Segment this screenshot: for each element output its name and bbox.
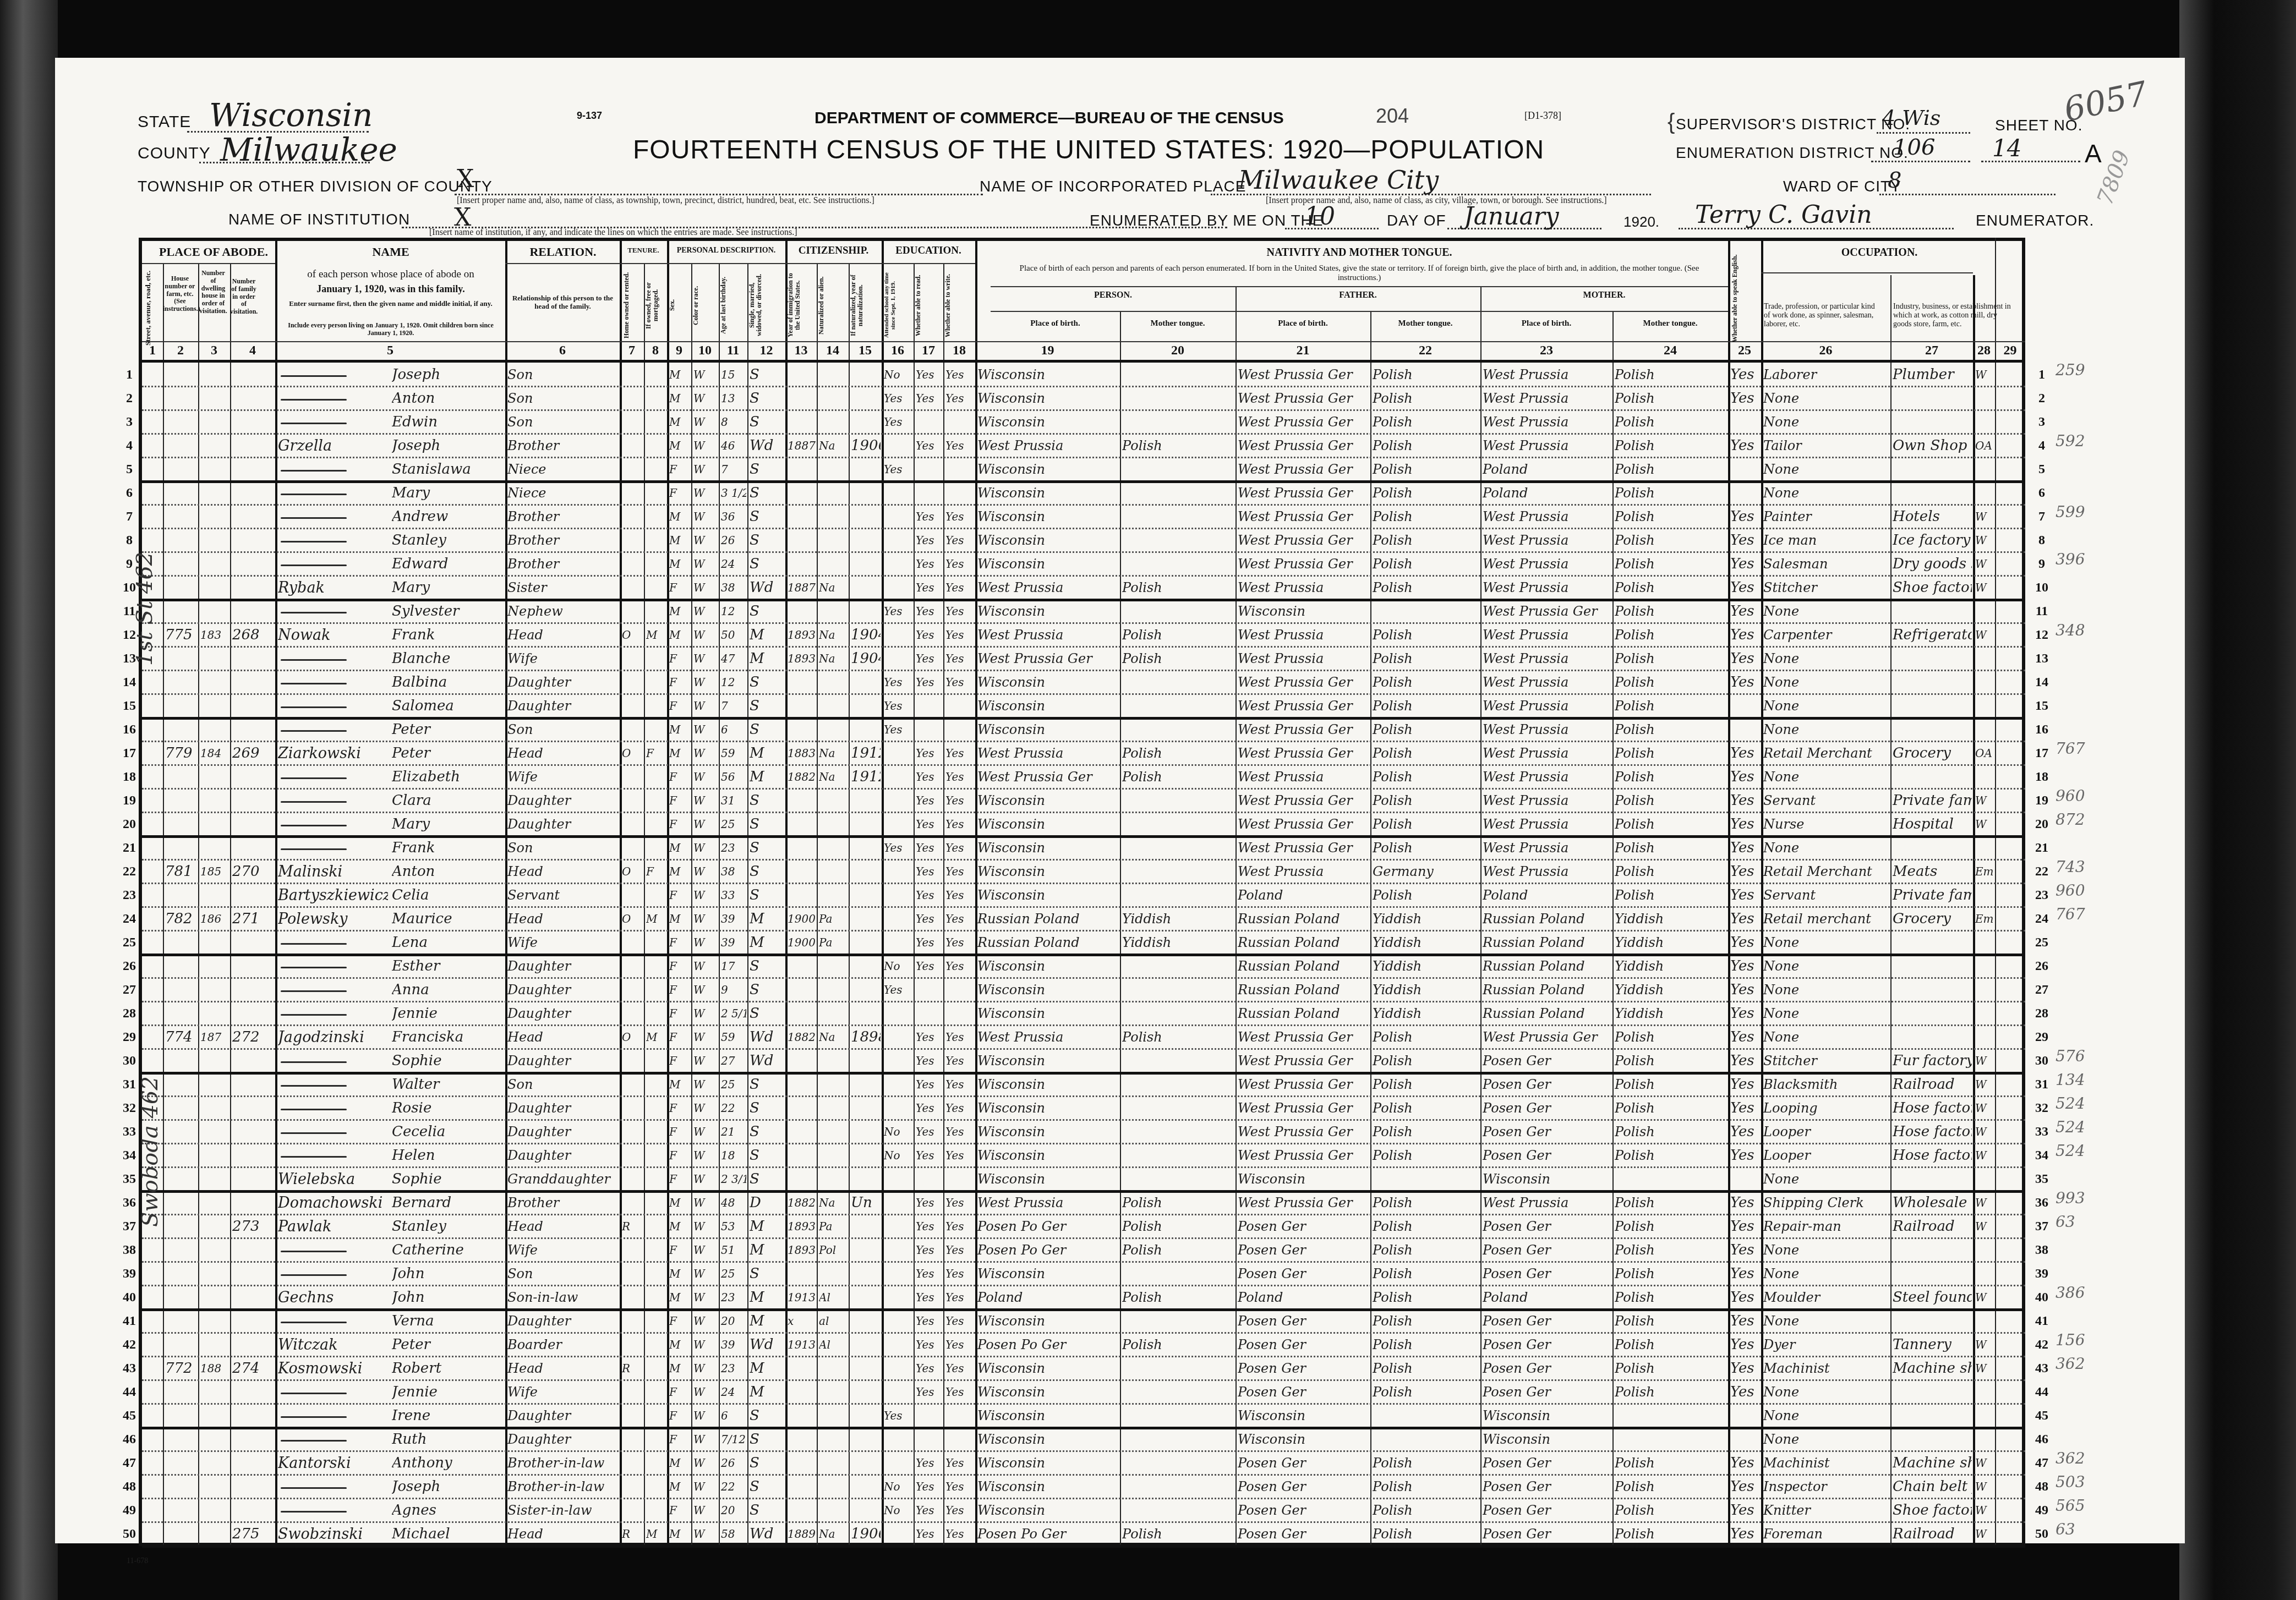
line-number-right: 20 xyxy=(2031,817,2053,832)
header-name-line3: Enter surname first, then the given name… xyxy=(281,300,501,308)
census-title: FOURTEENTH CENSUS OF THE UNITED STATES: … xyxy=(633,135,1544,165)
trade-cell: Stitcher xyxy=(1763,1049,1889,1073)
line-number-right: 27 xyxy=(2031,983,2053,998)
industry-cell: Hose factory xyxy=(1893,1144,1972,1168)
race-cell: W xyxy=(693,1451,718,1475)
industry-cell: Wholesale Grocery xyxy=(1893,1191,1972,1215)
marital-cell: S xyxy=(750,410,784,434)
line-number-right: 40 xyxy=(2031,1290,2053,1305)
sex-cell: M xyxy=(669,836,690,860)
f-pob-cell: Posen Ger xyxy=(1238,1380,1369,1404)
pob-cell: Wisconsin xyxy=(977,955,1119,978)
m-pob-cell: West Prussia xyxy=(1483,836,1611,860)
race-cell: W xyxy=(693,1428,718,1451)
trade-cell: None xyxy=(1763,387,1889,410)
trade-cell: Blacksmith xyxy=(1763,1073,1889,1097)
industry-cell: Railroad xyxy=(1893,1073,1972,1097)
surname-ditto-dash xyxy=(281,730,347,732)
trade-cell: None xyxy=(1763,1168,1889,1191)
column-number: 23 xyxy=(1480,343,1612,358)
sex-cell: F xyxy=(669,694,690,718)
industry-cell: Machine shop xyxy=(1893,1357,1972,1380)
tongue-cell: Polish xyxy=(1122,765,1234,789)
sex-cell: M xyxy=(669,1191,690,1215)
marital-cell: S xyxy=(750,481,784,505)
line-number-left: 39 xyxy=(118,1267,140,1281)
surname-cell: Kantorski xyxy=(278,1451,388,1475)
scan-border-right xyxy=(2179,0,2296,1600)
f-tongue-cell: Polish xyxy=(1373,387,1479,410)
line-number-right: 12 xyxy=(2031,628,2053,643)
age-cell: 26 xyxy=(721,1451,746,1475)
nat-cell: Na xyxy=(819,647,848,671)
line-number-right: 31 xyxy=(2031,1077,2053,1092)
m-tongue-cell: Polish xyxy=(1615,1191,1727,1215)
write-cell: Yes xyxy=(945,789,974,813)
age-cell: 6 xyxy=(721,718,746,742)
margin-code: 565 xyxy=(2056,1497,2085,1515)
f-pob-cell: West Prussia Ger xyxy=(1238,1144,1369,1168)
f-pob-cell: West Prussia Ger xyxy=(1238,363,1369,387)
given-name-cell: Sophie xyxy=(392,1168,505,1191)
marital-cell: S xyxy=(750,552,784,576)
trade-cell: Salesman xyxy=(1763,552,1889,576)
english-cell: Yes xyxy=(1730,363,1760,387)
f-pob-cell: West Prussia Ger xyxy=(1238,718,1369,742)
township-value: X xyxy=(457,165,474,193)
given-name-cell: John xyxy=(392,1262,505,1286)
column-number: 14 xyxy=(817,343,849,358)
read-cell: Yes xyxy=(916,1026,942,1049)
m-tongue-cell: Polish xyxy=(1615,1522,1727,1546)
natyr-cell: 1912 xyxy=(851,765,881,789)
class-cell: W xyxy=(1975,576,1994,600)
pob-cell: West Prussia Ger xyxy=(977,765,1119,789)
margin-code: 767 xyxy=(2056,739,2085,758)
m-tongue-cell: Polish xyxy=(1615,694,1727,718)
school-cell: No xyxy=(884,363,912,387)
class-cell: W xyxy=(1975,1191,1994,1215)
m-pob-cell: Posen Ger xyxy=(1483,1309,1611,1333)
sex-cell: M xyxy=(669,363,690,387)
imm-cell: 1887 xyxy=(788,434,816,458)
school-cell: No xyxy=(884,955,912,978)
m-tongue-cell: Polish xyxy=(1615,1144,1727,1168)
read-cell: Yes xyxy=(916,1357,942,1380)
marital-cell: S xyxy=(750,529,784,552)
race-cell: W xyxy=(693,931,718,955)
m-pob-cell: Posen Ger xyxy=(1483,1451,1611,1475)
surname-ditto-dash xyxy=(281,494,347,495)
surname-cell: Malinski xyxy=(278,860,388,884)
column-number: 2 xyxy=(163,343,198,358)
pob-cell: Poland xyxy=(977,1286,1119,1309)
marital-cell: M xyxy=(750,1309,784,1333)
trade-cell: Nurse xyxy=(1763,813,1889,836)
surname-cell: Jagodzinski xyxy=(278,1026,388,1049)
industry-cell: Railroad xyxy=(1893,1522,1972,1546)
f-tongue-cell: Polish xyxy=(1373,789,1479,813)
nat-cell: Al xyxy=(819,1286,848,1309)
class-cell: W xyxy=(1975,1475,1994,1499)
marital-cell: S xyxy=(750,813,784,836)
m-pob-cell: West Prussia xyxy=(1483,694,1611,718)
state-value: Wisconsin xyxy=(209,96,373,134)
surname-cell: Pawlak xyxy=(278,1215,388,1239)
english-cell: Yes xyxy=(1730,434,1760,458)
m-tongue-cell: Polish xyxy=(1615,387,1727,410)
english-cell: Yes xyxy=(1730,1239,1760,1262)
line-number-right: 15 xyxy=(2031,699,2053,714)
english-cell: Yes xyxy=(1730,1309,1760,1333)
sex-cell: F xyxy=(669,1404,690,1428)
industry-cell: Hose factory xyxy=(1893,1120,1972,1144)
marital-cell: M xyxy=(750,623,784,647)
industry-cell: Chain belt factory xyxy=(1893,1475,1972,1499)
pob-cell: Wisconsin xyxy=(977,884,1119,907)
age-cell: 53 xyxy=(721,1215,746,1239)
header-age: Age at last birthday. xyxy=(720,270,744,341)
industry-cell: Hotels xyxy=(1893,505,1972,529)
class-cell: W xyxy=(1975,1215,1994,1239)
column-number: 22 xyxy=(1370,343,1480,358)
line-number-right: 46 xyxy=(2031,1432,2053,1447)
english-cell: Yes xyxy=(1730,931,1760,955)
line-number-right: 8 xyxy=(2031,533,2053,548)
house-cell: 772 xyxy=(165,1357,197,1380)
industry-cell: Railroad xyxy=(1893,1215,1972,1239)
english-cell: Yes xyxy=(1730,671,1760,694)
pob-cell: West Prussia xyxy=(977,434,1119,458)
f-tongue-cell: Polish xyxy=(1373,671,1479,694)
m-tongue-cell: Polish xyxy=(1615,1451,1727,1475)
relation-cell: Daughter xyxy=(507,671,619,694)
trade-cell: Knitter xyxy=(1763,1499,1889,1522)
line-number-right: 1 xyxy=(2031,368,2053,382)
class-cell: Em xyxy=(1975,907,1994,931)
write-cell: Yes xyxy=(945,1144,974,1168)
m-pob-cell: Posen Ger xyxy=(1483,1049,1611,1073)
trade-cell: None xyxy=(1763,718,1889,742)
line-number-left: 4 xyxy=(118,439,140,453)
race-cell: W xyxy=(693,765,718,789)
line-number-left: 8 xyxy=(118,533,140,548)
marital-cell: Wd xyxy=(750,1333,784,1357)
margin-code: 576 xyxy=(2056,1047,2085,1065)
f-pob-cell: Posen Ger xyxy=(1238,1357,1369,1380)
pob-cell: Wisconsin xyxy=(977,1428,1119,1451)
english-cell: Yes xyxy=(1730,1499,1760,1522)
column-number: 10 xyxy=(691,343,719,358)
surname-cell: Ziarkowski xyxy=(278,742,388,765)
race-cell: W xyxy=(693,1026,718,1049)
line-number-left: 3 xyxy=(118,415,140,430)
line-number-right: 22 xyxy=(2031,864,2053,879)
f-pob-cell: Russian Poland xyxy=(1238,1002,1369,1026)
age-cell: 13 xyxy=(721,387,746,410)
given-name-cell: John xyxy=(392,1286,505,1309)
column-number: 28 xyxy=(1973,343,1995,358)
english-cell: Yes xyxy=(1730,1451,1760,1475)
read-cell: Yes xyxy=(916,647,942,671)
county-label: COUNTY xyxy=(138,144,211,163)
nat-cell: Al xyxy=(819,1333,848,1357)
mort-cell: M xyxy=(646,1522,666,1546)
header-family-number: Number of family in order of visitation. xyxy=(230,278,258,316)
dwelling-cell: 187 xyxy=(200,1026,229,1049)
column-number: 15 xyxy=(849,343,882,358)
given-name-cell: Anthony xyxy=(392,1451,505,1475)
age-cell: 24 xyxy=(721,552,746,576)
relation-cell: Daughter xyxy=(507,1049,619,1073)
write-cell: Yes xyxy=(945,623,974,647)
column-number: 13 xyxy=(785,343,817,358)
school-cell: Yes xyxy=(884,718,912,742)
surname-ditto-dash xyxy=(281,375,347,377)
race-cell: W xyxy=(693,1522,718,1546)
given-name-cell: Ruth xyxy=(392,1428,505,1451)
trade-cell: Looping xyxy=(1763,1097,1889,1120)
pob-cell: Wisconsin xyxy=(977,410,1119,434)
write-cell: Yes xyxy=(945,363,974,387)
nat-cell: al xyxy=(819,1309,848,1333)
pob-cell: West Prussia xyxy=(977,742,1119,765)
house-cell: 781 xyxy=(165,860,197,884)
trade-cell: Foreman xyxy=(1763,1522,1889,1546)
f-pob-cell: West Prussia Ger xyxy=(1238,1073,1369,1097)
write-cell: Yes xyxy=(945,1191,974,1215)
m-tongue-cell: Polish xyxy=(1615,1286,1727,1309)
line-number-left: 24 xyxy=(118,912,140,927)
sex-cell: F xyxy=(669,481,690,505)
read-cell: Yes xyxy=(916,387,942,410)
write-cell: Yes xyxy=(945,1215,974,1239)
f-tongue-cell: Polish xyxy=(1373,1120,1479,1144)
m-tongue-cell: Polish xyxy=(1615,718,1727,742)
house-cell: 779 xyxy=(165,742,197,765)
line-number-right: 29 xyxy=(2031,1030,2053,1045)
read-cell: Yes xyxy=(916,552,942,576)
race-cell: W xyxy=(693,458,718,481)
margin-code: 503 xyxy=(2056,1473,2085,1491)
surname-cell: Rybak xyxy=(278,576,388,600)
m-tongue-cell: Polish xyxy=(1615,1026,1727,1049)
incorporated-place-label: NAME OF INCORPORATED PLACE xyxy=(980,178,1246,195)
given-name-cell: Mary xyxy=(392,576,505,600)
class-cell: W xyxy=(1975,1144,1994,1168)
age-cell: 25 xyxy=(721,1073,746,1097)
tongue-cell: Polish xyxy=(1122,1191,1234,1215)
read-cell: Yes xyxy=(916,860,942,884)
marital-cell: S xyxy=(750,1404,784,1428)
marital-cell: M xyxy=(750,931,784,955)
trade-cell: Stitcher xyxy=(1763,576,1889,600)
f-tongue-cell: Yiddish xyxy=(1373,907,1479,931)
marital-cell: S xyxy=(750,1097,784,1120)
line-number-right: 5 xyxy=(2031,462,2053,477)
f-tongue-cell: Yiddish xyxy=(1373,955,1479,978)
read-cell: Yes xyxy=(916,907,942,931)
marital-cell: M xyxy=(750,1380,784,1404)
f-pob-cell: Posen Ger xyxy=(1238,1262,1369,1286)
trade-cell: None xyxy=(1763,1404,1889,1428)
school-cell: No xyxy=(884,1120,912,1144)
relation-cell: Sister-in-law xyxy=(507,1499,619,1522)
english-cell: Yes xyxy=(1730,907,1760,931)
surname-ditto-dash xyxy=(281,659,347,661)
header-naturalized: Naturalized or alien. xyxy=(818,270,845,341)
given-name-cell: Stanislawa xyxy=(392,458,505,481)
dwelling-cell: 186 xyxy=(200,907,229,931)
line-number-left: 32 xyxy=(118,1101,140,1116)
marital-cell: S xyxy=(750,694,784,718)
race-cell: W xyxy=(693,1215,718,1239)
read-cell: Yes xyxy=(916,1309,942,1333)
school-cell: Yes xyxy=(884,836,912,860)
imm-cell: 1882 xyxy=(788,1026,816,1049)
dwelling-cell: 188 xyxy=(200,1357,229,1380)
day-of-label: DAY OF xyxy=(1387,212,1446,229)
f-pob-cell: West Prussia Ger xyxy=(1238,813,1369,836)
m-tongue-cell: Polish xyxy=(1615,1499,1727,1522)
header-rule xyxy=(991,286,1728,287)
trade-cell: None xyxy=(1763,1262,1889,1286)
write-cell: Yes xyxy=(945,1120,974,1144)
f-tongue-cell: Polish xyxy=(1373,836,1479,860)
age-cell: 21 xyxy=(721,1120,746,1144)
write-cell: Yes xyxy=(945,1239,974,1262)
m-pob-cell: Posen Ger xyxy=(1483,1073,1611,1097)
relation-cell: Wife xyxy=(507,647,619,671)
relation-cell: Head xyxy=(507,623,619,647)
f-tongue-cell: Polish xyxy=(1373,1144,1479,1168)
f-tongue-cell: Polish xyxy=(1373,1191,1479,1215)
line-number-left: 17 xyxy=(118,746,140,761)
nat-cell: Na xyxy=(819,434,848,458)
imm-cell: 1893 xyxy=(788,623,816,647)
line-number-left: 1 xyxy=(118,368,140,382)
relation-cell: Head xyxy=(507,1215,619,1239)
nat-cell: Na xyxy=(819,1191,848,1215)
line-number-right: 30 xyxy=(2031,1054,2053,1069)
family-cell: 273 xyxy=(232,1215,274,1239)
line-number-right: 10 xyxy=(2031,580,2053,595)
sex-cell: M xyxy=(669,1475,690,1499)
marital-cell: S xyxy=(750,671,784,694)
imm-cell: 1893 xyxy=(788,1239,816,1262)
sex-cell: F xyxy=(669,1049,690,1073)
marital-cell: Wd xyxy=(750,434,784,458)
m-tongue-cell: Polish xyxy=(1615,458,1727,481)
trade-cell: None xyxy=(1763,836,1889,860)
age-cell: 2 5/12 xyxy=(721,1002,746,1026)
relation-cell: Wife xyxy=(507,931,619,955)
marital-cell: S xyxy=(750,718,784,742)
m-pob-cell: Posen Ger xyxy=(1483,1333,1611,1357)
surname-ditto-dash xyxy=(281,612,347,613)
column-number: 19 xyxy=(975,343,1120,358)
marital-cell: M xyxy=(750,1286,784,1309)
pob-cell: Wisconsin xyxy=(977,860,1119,884)
class-cell: W xyxy=(1975,363,1994,387)
race-cell: W xyxy=(693,955,718,978)
class-cell: W xyxy=(1975,529,1994,552)
relation-cell: Son xyxy=(507,1073,619,1097)
marital-cell: M xyxy=(750,742,784,765)
school-cell: No xyxy=(884,1475,912,1499)
column-number: 6 xyxy=(505,343,620,358)
write-cell: Yes xyxy=(945,813,974,836)
f-pob-cell: Russian Poland xyxy=(1238,931,1369,955)
sex-cell: M xyxy=(669,600,690,623)
marital-cell: Wd xyxy=(750,1522,784,1546)
m-tongue-cell: Polish xyxy=(1615,529,1727,552)
relation-cell: Daughter xyxy=(507,1002,619,1026)
write-cell: Yes xyxy=(945,836,974,860)
m-pob-cell: Russian Poland xyxy=(1483,978,1611,1002)
header-name-line1: of each person whose place of abode on xyxy=(275,269,506,281)
imm-cell: 1887 xyxy=(788,576,816,600)
english-cell: Yes xyxy=(1730,836,1760,860)
m-pob-cell: Russian Poland xyxy=(1483,931,1611,955)
school-cell: Yes xyxy=(884,600,912,623)
sex-cell: M xyxy=(669,505,690,529)
column-number: 11 xyxy=(719,343,747,358)
m-tongue-cell: Yiddish xyxy=(1615,907,1727,931)
m-pob-cell: Wisconsin xyxy=(1483,1168,1611,1191)
pob-cell: Wisconsin xyxy=(977,481,1119,505)
natyr-cell: 1912 xyxy=(851,742,881,765)
m-pob-cell: West Prussia xyxy=(1483,742,1611,765)
age-cell: 7 xyxy=(721,458,746,481)
race-cell: W xyxy=(693,1499,718,1522)
class-cell: W xyxy=(1975,1333,1994,1357)
pob-cell: Wisconsin xyxy=(977,1049,1119,1073)
english-cell: Yes xyxy=(1730,1286,1760,1309)
relation-cell: Sister xyxy=(507,576,619,600)
header-able-to-read: Whether able to read. xyxy=(915,270,943,341)
enumerated-label: ENUMERATED BY ME ON THE xyxy=(1090,212,1323,229)
m-tongue-cell: Polish xyxy=(1615,742,1727,765)
line-number-left: 35 xyxy=(118,1172,140,1187)
relation-cell: Son xyxy=(507,1262,619,1286)
race-cell: W xyxy=(693,529,718,552)
trade-cell: None xyxy=(1763,1026,1889,1049)
line-number-right: 25 xyxy=(2031,935,2053,950)
relation-cell: Daughter xyxy=(507,1309,619,1333)
given-name-cell: Stanley xyxy=(392,529,505,552)
m-tongue-cell: Polish xyxy=(1615,789,1727,813)
m-tongue-cell: Polish xyxy=(1615,1049,1727,1073)
trade-cell: Ice man xyxy=(1763,529,1889,552)
tongue-cell: Yiddish xyxy=(1122,907,1234,931)
sex-cell: M xyxy=(669,552,690,576)
m-pob-cell: West Prussia xyxy=(1483,647,1611,671)
write-cell: Yes xyxy=(945,1262,974,1286)
line-number-left: 14 xyxy=(118,675,140,690)
given-name-cell: Jennie xyxy=(392,1002,505,1026)
surname-ditto-dash xyxy=(281,1511,347,1513)
pob-cell: West Prussia xyxy=(977,623,1119,647)
m-pob-cell: Russian Poland xyxy=(1483,955,1611,978)
header-relationship: Relationship of this person to the head … xyxy=(509,294,616,311)
read-cell: Yes xyxy=(916,529,942,552)
age-cell: 7/12 xyxy=(721,1428,746,1451)
line-number-right: 28 xyxy=(2031,1006,2053,1021)
sex-cell: M xyxy=(669,742,690,765)
column-number: 3 xyxy=(198,343,230,358)
dwelling-cell: 184 xyxy=(200,742,229,765)
